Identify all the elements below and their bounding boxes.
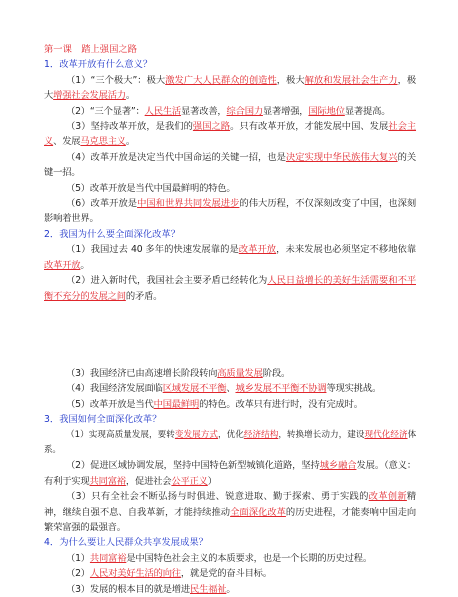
text: （3）发展的根本目的就是增进 (66, 584, 190, 595)
key-phrase: 激发广大人民群众的创造性 (165, 75, 277, 86)
key-phrase: 改革开放 (44, 260, 80, 271)
answer-point: （4）我国经济发展面临区域发展不平衡、城乡发展不平衡不协调等现实挑战。 (44, 381, 416, 396)
text: （3）我国经济已由高速增长阶段转向 (66, 368, 217, 379)
key-phrase: 改革开放 (239, 244, 276, 255)
text: （5）改革开放是当代中国最鲜明的特色。 (66, 183, 235, 194)
text: （2） (66, 568, 90, 579)
text: 是中国特色社会主义的本质要求，也是一个长期的历史过程。 (126, 553, 372, 564)
text: 阶段。 (263, 368, 290, 379)
answer-point: （2）“三个显著”：人民生活显著改善，综合国力显著增强，国际地位显著提高。 (44, 104, 416, 119)
text: 显著改善， (181, 106, 227, 117)
key-phrase: 城乡融合 (320, 460, 357, 471)
key-phrase: 高质量发展 (217, 368, 263, 379)
text: （4）我国经济发展面临 (66, 383, 163, 394)
key-phrase: 增强社会发展活力 (53, 90, 126, 101)
key-phrase: 现代化经济 (364, 430, 407, 440)
answer-point: （3）坚持改革开放，是我们的强国之路。只有改革开放，才能发展中国、发展社会主义、… (44, 119, 416, 150)
answer-point: （2）进入新时代，我国社会主要矛盾已经转化为人民日益增长的美好生活需要和不平衡不… (44, 273, 416, 304)
key-phrase: 决定实现中华民族伟大复兴 (286, 152, 398, 163)
text: 的矛盾。 (126, 291, 162, 302)
text: （2）促进区域协调发展，坚持中国特色新型城镇化道路，坚持 (66, 460, 320, 471)
text: 。 (126, 136, 135, 147)
text: （1）我国过去 40 多年的快速发展靠的是 (66, 244, 239, 255)
text: （1）实现高质量发展，要转 (66, 430, 175, 440)
answer-point: （1）我国过去 40 多年的快速发展靠的是改革开放，未来发展也必须坚定不移地依靠… (44, 242, 416, 273)
key-phrase: 改革创新 (369, 491, 407, 502)
answer-point: （5）改革开放是当代中国最鲜明的特色。 (44, 181, 416, 196)
key-phrase: 民生福祉 (190, 584, 226, 595)
question-heading: 4．为什么要让人民群众共享发展成果？ (44, 535, 416, 550)
key-phrase: 中国和世界共同发展进步 (137, 198, 239, 209)
answer-point: （6）改革开放是中国和世界共同发展进步的伟大历程，不仅深刻改变了中国，也深刻影响… (44, 196, 416, 227)
text: 。只有改革开放，才能发展中国、发展 (230, 121, 388, 132)
key-phrase: 国际地位 (308, 106, 344, 117)
text: （1） (66, 553, 90, 564)
text: （6）改革开放是 (66, 198, 137, 209)
question-heading: 1．改革开放有什么意义？ (44, 57, 416, 72)
text: ，未来发展也必须坚定不移地依靠 (276, 244, 416, 255)
text: （2）进入新时代，我国社会主要矛盾已经转化为 (66, 275, 267, 286)
question-heading: 3．我国如何全面深化改革？ (44, 412, 416, 427)
key-phrase: 变发展方式 (175, 430, 218, 440)
answer-point: （3）发展的根本目的就是增进民生福祉。 (44, 582, 416, 597)
answer-point: （1）实现高质量发展，要转变发展方式，优化经济结构，转换增长动力，建设现代化经济… (44, 428, 416, 459)
key-phrase: 综合国力 (227, 106, 263, 117)
answer-point: （4）改革开放是决定当代中国命运的关键一招，也是决定实现中华民族伟大复兴的关键一… (44, 150, 416, 181)
text: （1）“三个极大”：极大 (66, 75, 165, 86)
answer-point: （2）促进区域协调发展，坚持中国特色新型城镇化道路，坚持城乡融合发展。（意义：有… (44, 458, 416, 489)
key-phrase: 人民对美好生活的向往 (90, 568, 181, 579)
question-heading: 2．我国为什么要全面深化改革？ (44, 227, 416, 242)
document-page: 第一课 踏上强国之路 1．改革开放有什么意义？ （1）“三个极大”：极大激发广大… (44, 42, 416, 597)
text: 。 (80, 260, 89, 271)
text: 、发展 (53, 136, 80, 147)
text: ，优化 (218, 430, 244, 440)
key-phrase: 马克思主义 (80, 136, 126, 147)
key-phrase: 解放和发展社会生产力 (305, 75, 398, 86)
key-phrase: 经济结构 (244, 430, 278, 440)
text: 的特色。改革只有进行时，没有完成时。 (199, 399, 363, 410)
text: （3）坚持改革开放，是我们的 (66, 121, 193, 132)
key-phrase: 共同富裕 (90, 476, 126, 487)
key-phrase: 强国之路 (193, 121, 230, 132)
key-phrase: 共同富裕 (90, 553, 126, 564)
lesson-title: 第一课 踏上强国之路 (44, 42, 416, 57)
answer-point: （1）共同富裕是中国特色社会主义的本质要求，也是一个长期的历史过程。 (44, 551, 416, 566)
key-phrase: 区域发展不平衡 (163, 383, 227, 394)
answer-point: （3）我国经济已由高速增长阶段转向高质量发展阶段。 (44, 366, 416, 381)
key-phrase: 人民生活 (145, 106, 181, 117)
text: （5）改革开放是当代 (66, 399, 154, 410)
text: （2）“三个显著”： (66, 106, 145, 117)
text: ，促进社会 (126, 476, 172, 487)
text: ，就是党的奋斗目标。 (181, 568, 272, 579)
key-phrase: 公平正义 (171, 476, 207, 487)
key-phrase: 中国最鲜明 (154, 399, 200, 410)
text: ，极大 (277, 75, 305, 86)
blank-space (44, 304, 416, 366)
text: 。 (126, 90, 135, 101)
key-phrase: 城乡发展不平衡不协调 (235, 383, 326, 394)
text: 显著提高。 (345, 106, 391, 117)
answer-point: （3）只有全社会不断弘扬与时俱进、锐意进取、勤于探索、勇于实践的改革创新精神，继… (44, 489, 416, 535)
answer-point: （5）改革开放是当代中国最鲜明的特色。改革只有进行时，没有完成时。 (44, 397, 416, 412)
text: 。 (226, 584, 235, 595)
answer-point: （1）“三个极大”：极大激发广大人民群众的创造性，极大解放和发展社会生产力，极大… (44, 73, 416, 104)
key-phrase: 全面深化改革 (230, 507, 286, 518)
text: ） (208, 476, 217, 487)
answer-point: （2）人民对美好生活的向往，就是党的奋斗目标。 (44, 566, 416, 581)
text: （3）只有全社会不断弘扬与时俱进、锐意进取、勤于探索、勇于实践的 (66, 491, 369, 502)
text: 等现实挑战。 (326, 383, 381, 394)
text: （4）改革开放是决定当代中国命运的关键一招，也是 (66, 152, 286, 163)
text: ，转换增长动力，建设 (278, 430, 364, 440)
text: 显著增强， (263, 106, 309, 117)
